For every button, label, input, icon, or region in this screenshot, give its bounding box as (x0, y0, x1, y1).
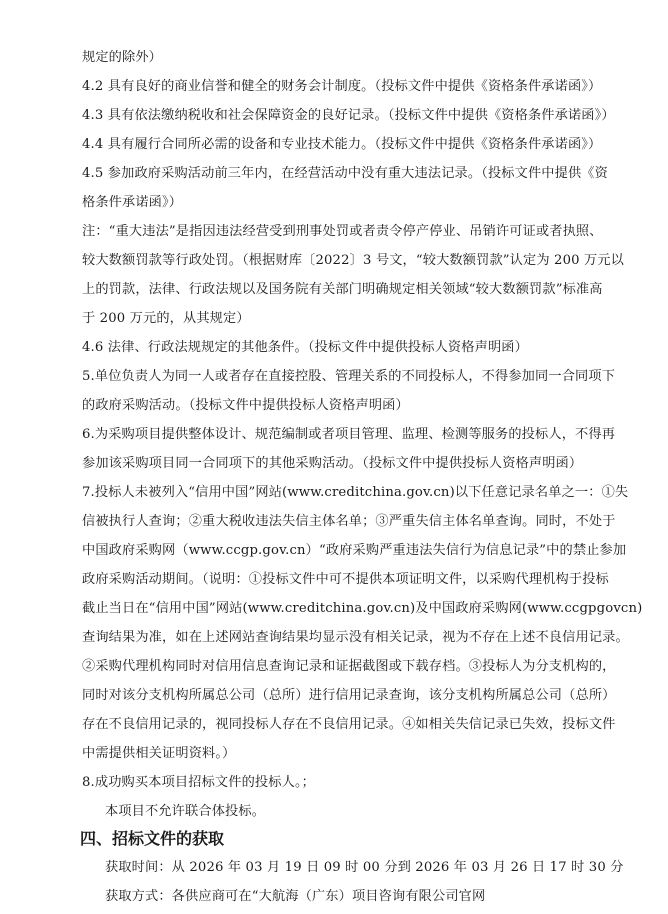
requirement-6: 6.为采购项目提供整体设计、规范编制或者项目管理、监理、检测等服务的投标人，不得… (82, 426, 594, 444)
requirement-4-6: 4.6 法律、行政法规规定的其他条件。（投标文件中提供投标人资格声明函） (82, 339, 594, 357)
requirement-7-cont-3: 政府采购活动期间。（说明：①投标文件中可不提供本项证明文件，以采购代理机构于投标 (82, 571, 594, 589)
note-major-violation: 注：“重大违法”是指因违法经营受到刑事处罚或者责令停产停业、吊销许可证或者执照、 (82, 223, 594, 241)
note-major-violation-cont-1: 较大数额罚款等行政处罚。（根据财库〔2022〕3 号文，“较大数额罚款”认定为 … (82, 252, 594, 270)
text-line-exception: 规定的除外） (82, 49, 594, 67)
requirement-7-cont-7: 同时对该分支机构所属总公司（总所）进行信用记录查询，该分支机构所属总公司（总所） (82, 687, 594, 705)
requirement-7-cont-4: 截止当日在“信用中国”网站(www.creditchina.gov.cn)及中国… (82, 600, 594, 618)
requirement-7-cont-5: 查询结果为准，如在上述网站查询结果均显示没有相关记录，视为不存在上述不良信用记录… (82, 629, 594, 647)
requirement-8: 8.成功购买本项目招标文件的投标人。； (82, 774, 594, 792)
requirement-7-cont-8: 存在不良信用记录的，视同投标人存在不良信用记录。④如相关失信记录已失效，投标文件 (82, 716, 594, 734)
requirement-4-4: 4.4 具有履行合同所必需的设备和专业技术能力。（投标文件中提供《资格条件承诺函… (82, 136, 594, 154)
section-heading: 四、招标文件的获取 (80, 829, 224, 849)
requirement-4-5: 4.5 参加政府采购活动前三年内，在经营活动中没有重大违法记录。（投标文件中提供… (82, 165, 594, 183)
document-page: 规定的除外） 4.2 具有良好的商业信誉和健全的财务会计制度。（投标文件中提供《… (0, 0, 668, 914)
requirement-5-cont: 的政府采购活动。（投标文件中提供投标人资格声明函） (82, 397, 594, 415)
acquisition-method: 获取方式：各供应商可在“大航海（广东）项目咨询有限公司官网 (105, 888, 617, 906)
requirement-7-cont-9: 中需提供相关证明资料。） (82, 745, 594, 763)
joint-bid-note: 本项目不允许联合体投标。 (105, 803, 617, 821)
requirement-4-5-cont: 格条件承诺函》） (82, 194, 594, 212)
requirement-4-3: 4.3 具有依法缴纳税收和社会保障资金的良好记录。（投标文件中提供《资格条件承诺… (82, 107, 594, 125)
note-major-violation-cont-3: 于 200 万元的，从其规定） (82, 310, 594, 328)
requirement-7-cont-6: ②采购代理机构同时对信用信息查询记录和证据截图或下载存档。③投标人为分支机构的， (82, 658, 594, 676)
requirement-5: 5.单位负责人为同一人或者存在直接控股、管理关系的不同投标人，不得参加同一合同项… (82, 368, 594, 386)
requirement-7-cont-1: 信被执行人查询；②重大税收违法失信主体名单；③严重失信主体名单查询。同时，不处于 (82, 513, 594, 531)
requirement-6-cont: 参加该采购项目同一合同项下的其他采购活动。（投标文件中提供投标人资格声明函） (82, 455, 594, 473)
note-major-violation-cont-2: 上的罚款，法律、行政法规以及国务院有关部门明确规定相关领域“较大数额罚款”标准高 (82, 281, 594, 299)
requirement-7: 7.投标人未被列入“信用中国”网站(www.creditchina.gov.cn… (82, 484, 594, 502)
acquisition-time: 获取时间：从 2026 年 03 月 19 日 09 时 00 分到 2026 … (105, 859, 617, 877)
requirement-4-2: 4.2 具有良好的商业信誉和健全的财务会计制度。（投标文件中提供《资格条件承诺函… (82, 78, 594, 96)
requirement-7-cont-2: 中国政府采购网（www.ccgp.gov.cn）“政府采购严重违法失信行为信息记… (82, 542, 594, 560)
